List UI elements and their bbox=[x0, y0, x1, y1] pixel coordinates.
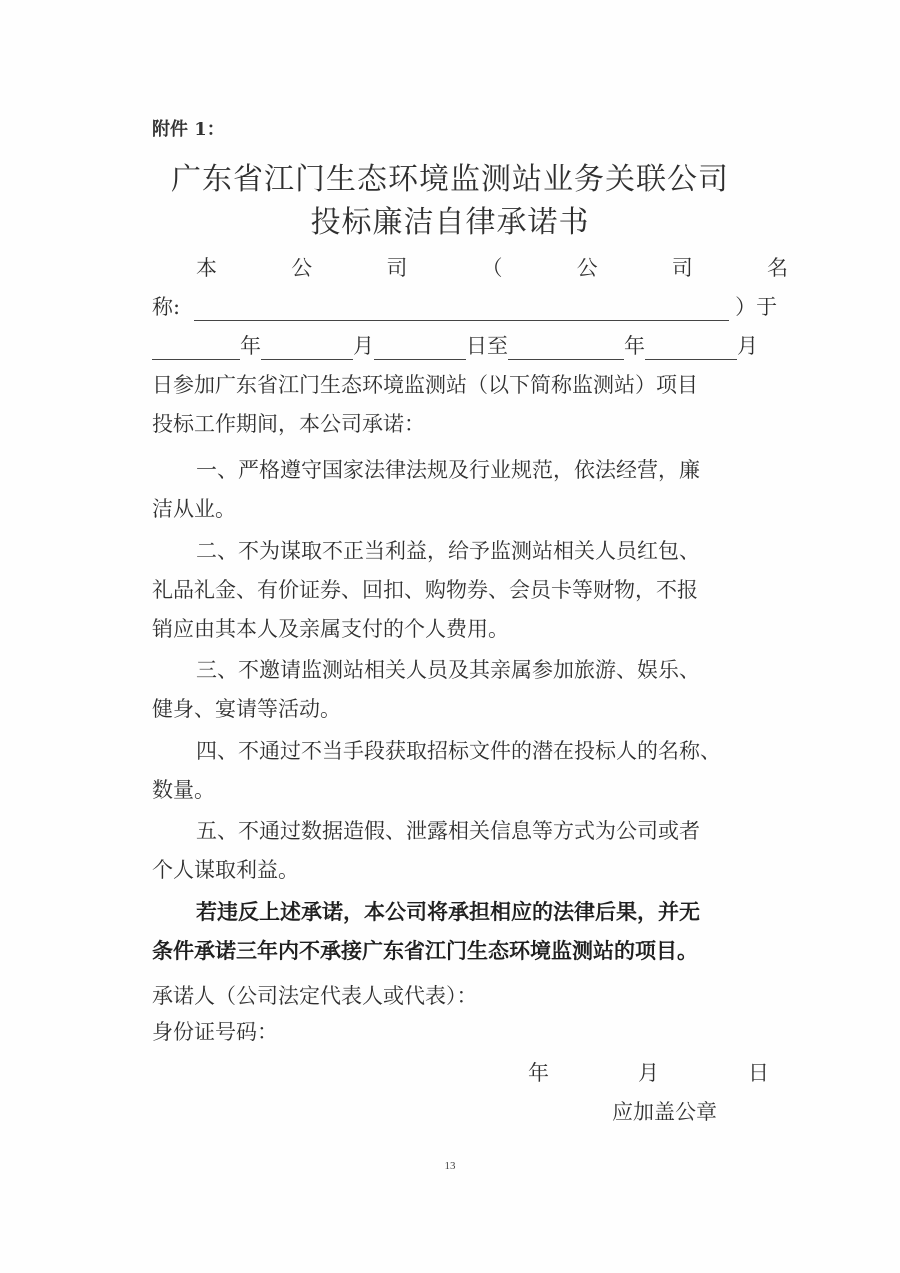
intro-char: 司 bbox=[672, 254, 693, 282]
commitment-4-line1: 四、不通过不当手段获取招标文件的潜在投标人的名称、 bbox=[152, 737, 788, 765]
unit-year: 年 bbox=[624, 332, 645, 360]
seal-note: 应加盖公章 bbox=[612, 1096, 717, 1126]
commitment-1-line2: 洁从业。 bbox=[152, 495, 788, 523]
unit-day-to: 日至 bbox=[466, 332, 508, 360]
unit-year: 年 bbox=[240, 332, 261, 360]
commitment-1-line1: 一、严格遵守国家法律法规及行业规范，依法经营，廉 bbox=[152, 456, 788, 484]
attachment-label: 附件 1： bbox=[152, 115, 225, 141]
sign-date-day: 日 bbox=[748, 1057, 769, 1087]
end-month-blank[interactable] bbox=[645, 339, 737, 360]
company-name-line: 称: ）于 bbox=[152, 293, 788, 321]
commitment-2-line1: 二、不为谋取不正当利益，给予监测站相关人员红包、 bbox=[152, 537, 788, 565]
date-range-line: 年 月 日至 年 月 bbox=[152, 332, 788, 360]
sign-date-year: 年 bbox=[528, 1057, 549, 1087]
signer-label: 承诺人（公司法定代表人或代表）： bbox=[152, 982, 788, 1010]
consequence-line2: 条件承诺三年内不承接广东省江门生态环境监测站的项目。 bbox=[152, 937, 788, 965]
end-year-blank[interactable] bbox=[508, 339, 624, 360]
intro-char: 名 bbox=[767, 254, 788, 282]
commitment-5-line2: 个人谋取利益。 bbox=[152, 856, 788, 884]
company-name-suffix: ）于 bbox=[735, 293, 777, 321]
document-page: 附件 1： 广东省江门生态环境监测站业务关联公司 投标廉洁自律承诺书 本 公 司… bbox=[0, 0, 900, 1273]
intro-char: 公 bbox=[577, 254, 598, 282]
start-month-blank[interactable] bbox=[261, 339, 353, 360]
id-number-label: 身份证号码： bbox=[152, 1018, 788, 1046]
commitment-2-line3: 销应由其本人及亲属支付的个人费用。 bbox=[152, 615, 788, 643]
company-name-label: 称: bbox=[152, 293, 180, 321]
commitment-2-line2: 礼品礼金、有价证券、回扣、购物券、会员卡等财物，不报 bbox=[152, 576, 788, 604]
unit-month: 月 bbox=[353, 332, 374, 360]
intro-spread-line: 本 公 司 （ 公 司 名 bbox=[152, 254, 788, 282]
intro-char: （ bbox=[481, 254, 502, 282]
unit-month: 月 bbox=[737, 332, 758, 360]
intro-line4: 日参加广东省江门生态环境监测站（以下简称监测站）项目 bbox=[152, 371, 788, 399]
start-year-blank[interactable] bbox=[152, 339, 240, 360]
intro-line5: 投标工作期间，本公司承诺： bbox=[152, 410, 788, 438]
intro-char: 本 bbox=[196, 254, 217, 282]
commitment-4-line2: 数量。 bbox=[152, 776, 788, 804]
sign-date-month: 月 bbox=[638, 1057, 659, 1087]
company-name-blank[interactable] bbox=[194, 300, 729, 321]
commitment-3-line2: 健身、宴请等活动。 bbox=[152, 695, 788, 723]
commitment-5-line1: 五、不通过数据造假、泄露相关信息等方式为公司或者 bbox=[152, 817, 788, 845]
commitment-3-line1: 三、不邀请监测站相关人员及其亲属参加旅游、娱乐、 bbox=[152, 656, 788, 684]
document-title-line1: 广东省江门生态环境监测站业务关联公司 bbox=[0, 154, 900, 198]
consequence-line1: 若违反上述承诺，本公司将承担相应的法律后果，并无 bbox=[152, 898, 788, 926]
intro-char: 公 bbox=[291, 254, 312, 282]
intro-char: 司 bbox=[386, 254, 407, 282]
document-title-line2: 投标廉洁自律承诺书 bbox=[0, 197, 900, 241]
page-number: 13 bbox=[0, 1160, 900, 1172]
start-day-blank[interactable] bbox=[374, 339, 466, 360]
